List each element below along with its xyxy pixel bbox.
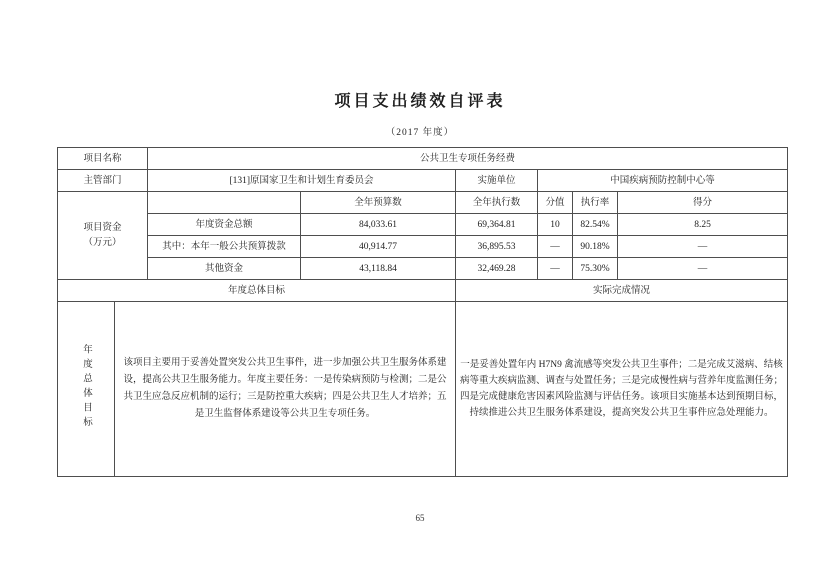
funding-row-public-budget: 其中：本年一般公共预算拨款 40,914.77 36,895.53 — 90.1…	[58, 236, 788, 258]
funding-row-label: 年度资金总额	[148, 214, 301, 236]
executed-value: 32,469.28	[456, 258, 538, 280]
funding-row-label: 其中：本年一般公共预算拨款	[148, 236, 301, 258]
annual-goal-header: 年度总体目标	[58, 280, 456, 302]
executed-value: 69,364.81	[456, 214, 538, 236]
budget-value: 43,118.84	[301, 258, 456, 280]
page-subtitle: （2017 年度）	[0, 124, 840, 138]
funding-row-label: 其他资金	[148, 258, 301, 280]
col-header-budget: 全年预算数	[301, 192, 456, 214]
actual-result-text-cell: 一是妥善处置年内 H7N9 禽流感等突发公共卫生事件；二是完成艾滋病、结核病等重…	[456, 302, 788, 477]
project-name-label: 项目名称	[58, 148, 148, 170]
funding-row-total: 年度资金总额 84,033.61 69,364.81 10 82.54% 8.2…	[58, 214, 788, 236]
goals-header-row: 年度总体目标 实际完成情况	[58, 280, 788, 302]
table-row: 项目名称 公共卫生专项任务经费	[58, 148, 788, 170]
self-evaluation-table: 项目名称 公共卫生专项任务经费 主管部门 [131]原国家卫生和计划生育委员会 …	[57, 147, 788, 477]
col-header-weight: 分值	[538, 192, 573, 214]
funding-section-label: 项目资金 （万元）	[58, 192, 148, 280]
score-value: —	[618, 258, 788, 280]
page-number: 65	[0, 513, 840, 523]
annual-goal-side-label-text: 年度总体目标	[79, 344, 93, 431]
col-header-rate: 执行率	[573, 192, 618, 214]
executed-value: 36,895.53	[456, 236, 538, 258]
budget-value: 40,914.77	[301, 236, 456, 258]
funding-row-other: 其他资金 43,118.84 32,469.28 — 75.30% —	[58, 258, 788, 280]
annual-goal-text: 该项目主要用于妥善处置突发公共卫生事件，进一步加强公共卫生服务体系建设，提高公共…	[119, 355, 451, 423]
department-value: [131]原国家卫生和计划生育委员会	[148, 170, 456, 192]
weight-value: —	[538, 236, 573, 258]
weight-value: 10	[538, 214, 573, 236]
project-name-value: 公共卫生专项任务经费	[148, 148, 788, 170]
rate-value: 90.18%	[573, 236, 618, 258]
budget-value: 84,033.61	[301, 214, 456, 236]
document-page: 项目支出绩效自评表 （2017 年度） 项目名称 公共卫生专项任务经费 主管部门…	[0, 0, 840, 572]
rate-value: 82.54%	[573, 214, 618, 236]
annual-goal-text-cell: 该项目主要用于妥善处置突发公共卫生事件，进一步加强公共卫生服务体系建设，提高公共…	[115, 302, 456, 477]
funding-header-row: 项目资金 （万元） 全年预算数 全年执行数 分值 执行率 得分	[58, 192, 788, 214]
actual-result-header: 实际完成情况	[456, 280, 788, 302]
rate-value: 75.30%	[573, 258, 618, 280]
implementer-label: 实施单位	[456, 170, 538, 192]
funding-empty-cell	[148, 192, 301, 214]
implementer-value: 中国疾病预防控制中心等	[538, 170, 788, 192]
col-header-executed: 全年执行数	[456, 192, 538, 214]
annual-goal-side-label: 年度总体目标	[58, 302, 115, 477]
score-value: —	[618, 236, 788, 258]
goals-content-row: 年度总体目标 该项目主要用于妥善处置突发公共卫生事件，进一步加强公共卫生服务体系…	[58, 302, 788, 477]
weight-value: —	[538, 258, 573, 280]
table-row: 主管部门 [131]原国家卫生和计划生育委员会 实施单位 中国疾病预防控制中心等	[58, 170, 788, 192]
department-label: 主管部门	[58, 170, 148, 192]
page-title: 项目支出绩效自评表	[0, 88, 840, 111]
score-value: 8.25	[618, 214, 788, 236]
actual-result-text: 一是妥善处置年内 H7N9 禽流感等突发公共卫生事件；二是完成艾滋病、结核病等重…	[460, 357, 783, 421]
col-header-score: 得分	[618, 192, 788, 214]
